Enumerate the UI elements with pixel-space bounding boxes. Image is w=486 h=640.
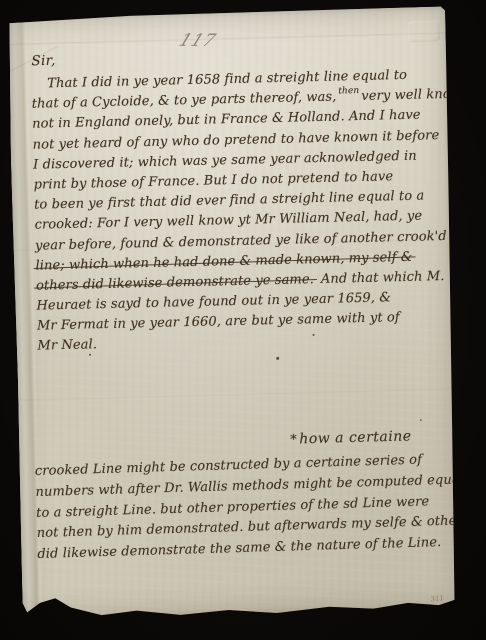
addition-body: crooked Line might be constructed by a c… — [35, 449, 462, 566]
embossed-stamp-mark — [407, 21, 440, 43]
manuscript-paper: 117 Sir, That I did in ye year 1658 find… — [7, 6, 461, 619]
addition-intro: how a certaine — [299, 428, 412, 447]
ink-speck — [313, 334, 315, 336]
asterisk-mark: * — [290, 432, 297, 447]
salutation: Sir, — [31, 53, 56, 70]
ink-speck — [420, 419, 422, 421]
top-fold-crease — [8, 32, 446, 46]
inserted-word: then — [338, 86, 359, 96]
line-segment: And that which M. — [321, 269, 445, 287]
line-segment: very well known, — [361, 86, 475, 104]
ink-speck — [276, 357, 279, 360]
horizontal-crease — [17, 388, 455, 402]
folio-number: 117 — [176, 31, 219, 52]
letter-body: That I did in ye year 1658 find a streig… — [31, 65, 442, 357]
photo-background: 117 Sir, That I did in ye year 1658 find… — [0, 0, 486, 640]
addition-marker-line: *how a certaine — [290, 428, 412, 447]
ink-speck — [89, 354, 91, 356]
corner-folio-number: 311 — [430, 594, 444, 603]
